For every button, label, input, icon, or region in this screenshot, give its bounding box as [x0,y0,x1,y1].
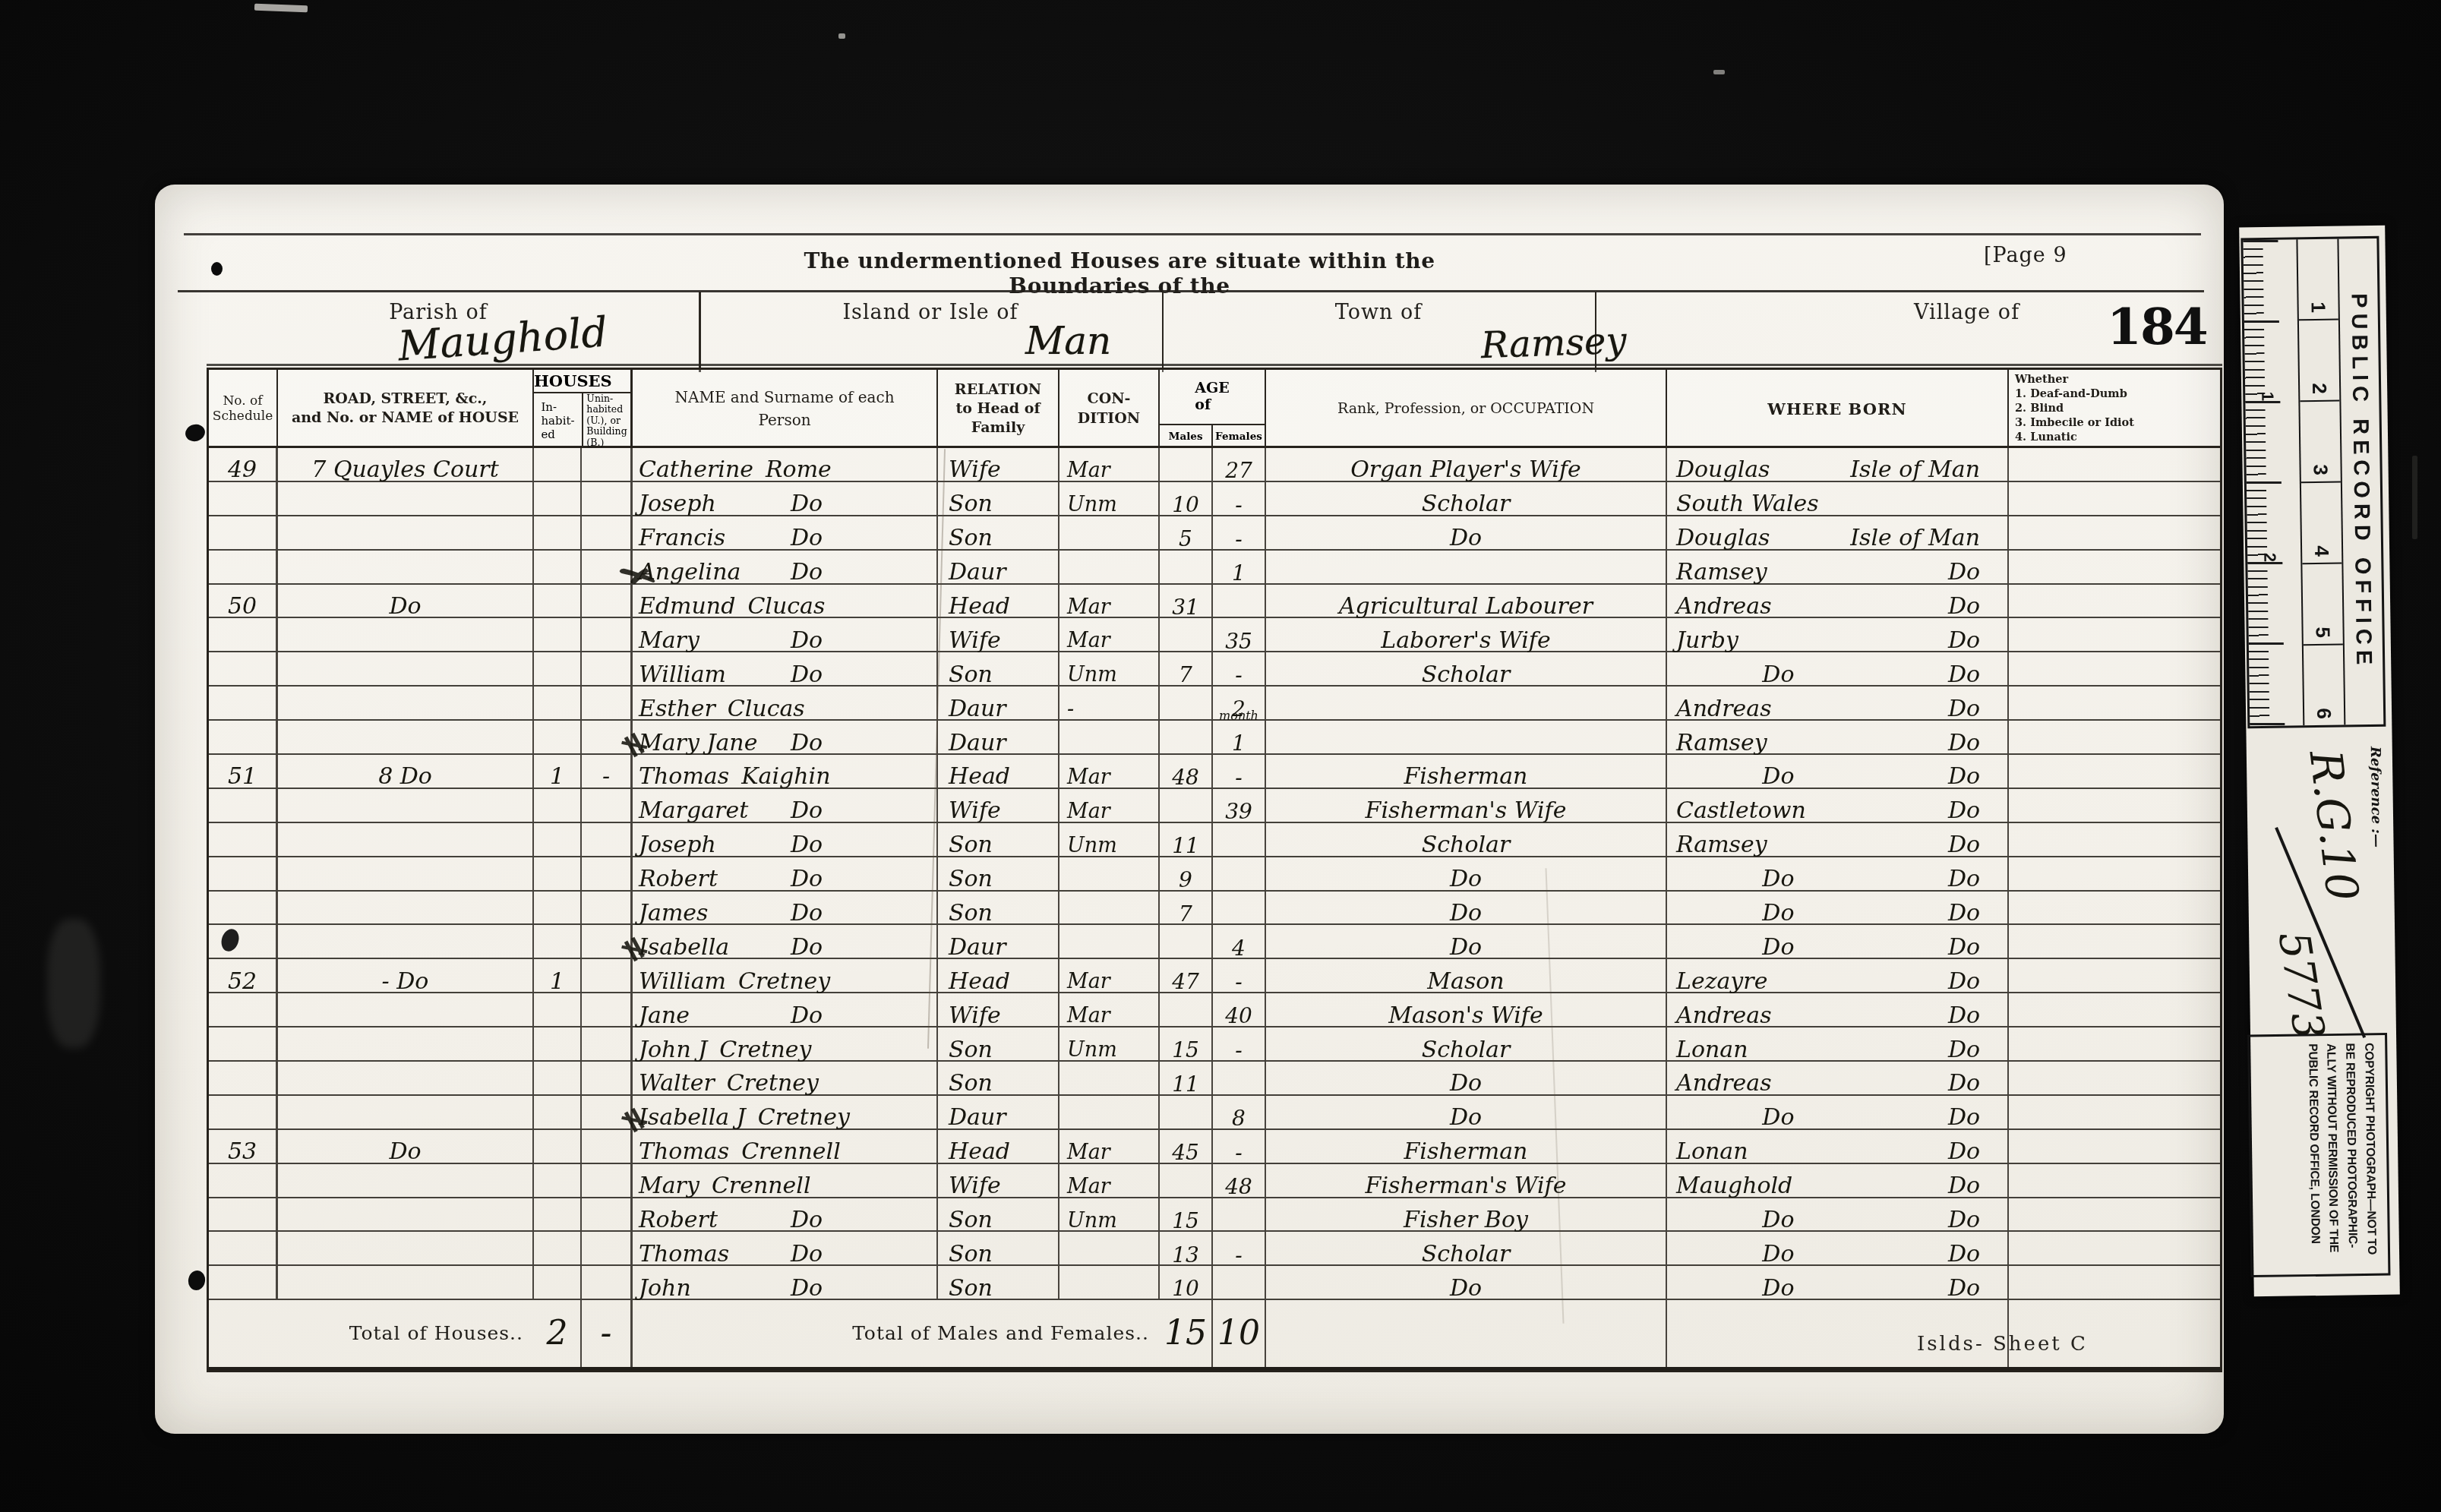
born-place: Do [1762,767,1794,787]
cell-relation: Son [938,857,1059,890]
cell-whether [2009,1164,2220,1197]
surname: Kaighin [741,767,830,787]
cell-occupation: Scholar [1266,1027,1667,1060]
cell-name: James Do [633,892,938,924]
born-ditto: Do [1948,631,1980,651]
cell-whether [2009,1062,2220,1094]
cell-schedule: 50 [209,585,278,617]
given-name: William [639,972,726,992]
born-place: South Wales [1676,494,1819,514]
age-female-value: 8 [1232,1110,1246,1128]
cell-name: Mary Crennell [633,1164,938,1197]
cell-inhabited [534,482,582,515]
cell-name: Joseph Do [633,482,938,515]
cell-relation: Head [938,585,1059,617]
cell-occupation: Laborer's Wife [1266,618,1667,651]
cell-whether [2009,993,2220,1026]
cell-schedule [209,687,278,719]
born-ditto: Do [1948,870,1980,889]
cell-age-male [1160,551,1213,583]
cell-condition [1059,1232,1160,1264]
cell-condition: Mar [1059,755,1160,788]
cell-where-born: Douglas Isle of Man [1667,448,2009,481]
table-row: 51 8 Do 1 - Thomas Kaighin Head Mar 48 -… [209,755,2220,789]
cell-name: Robert Do [633,1198,938,1231]
surname: Do [791,529,823,548]
age-female-value: 48 [1225,1178,1252,1196]
age-female-value: - [1235,1041,1242,1059]
cell-where-born: Douglas Isle of Man [1667,516,2009,549]
cell-occupation: Do [1266,892,1667,924]
cell-name: ✗ Angelina Do [633,551,938,583]
cell-inhabited [534,1266,582,1299]
reference-series: R.G.10 [2300,747,2369,903]
totals-empty-occupation [1266,1300,1667,1367]
cell-age-female: - [1213,1232,1266,1264]
cell-inhabited [534,925,582,958]
cell-relation: Son [938,1198,1059,1231]
given-name: Esther [639,699,715,719]
col-header-name: NAME and Surname of each Person [633,370,938,448]
cell-road [278,721,534,753]
cell-name: Walter Cretney [633,1062,938,1094]
cell-where-born: Do Do [1667,857,2009,890]
cell-schedule [209,823,278,856]
film-speck [2412,456,2417,539]
born-place: Lezayre [1676,972,1767,992]
cell-name: ≠ Isabella Do [633,925,938,958]
cell-relation: Head [938,1130,1059,1163]
cell-uninhabited [582,448,633,481]
table-row: Joseph Do Son Unm 11 Scholar Ramsey Do [209,823,2220,857]
cell-age-male [1160,789,1213,822]
cell-where-born: Do Do [1667,925,2009,958]
cell-occupation: Scholar [1266,652,1667,685]
given-name: Mary [639,631,699,651]
cell-relation: Wife [938,993,1059,1026]
table-row: ≠ Mary Jane Do Daur month 1 Ramsey Do [209,721,2220,755]
col-header-age: AGE of [1160,370,1265,424]
cell-inhabited [534,823,582,856]
col-header-uninhabited: Unin- habited (U.), or Building (B.) [583,393,630,448]
island-value: Man [1025,322,1111,360]
cell-occupation: Do [1266,1062,1667,1094]
born-ditto: Do [1948,1108,1980,1128]
cell-name: Joseph Do [633,823,938,856]
cell-age-male: 9 [1160,857,1213,890]
total-males: 15 [1160,1300,1213,1367]
village-label: Village of [1914,301,2019,324]
cell-schedule: 49 [209,448,278,481]
table-row: Thomas Do Son 13 - Scholar Do Do [209,1232,2220,1266]
cell-road [278,1232,534,1264]
col-header-females: Females [1213,425,1265,448]
cell-uninhabited [582,618,633,651]
cell-relation: Son [938,1027,1059,1060]
cell-whether [2009,925,2220,958]
age-unit-note: month [1213,711,1265,721]
cell-name: Margaret Do [633,789,938,822]
age-female-value: 27 [1225,462,1252,480]
cell-occupation: Do [1266,1096,1667,1128]
surname: Cretney [719,1040,811,1060]
film-speck [47,919,100,1048]
born-place: Do [1762,904,1794,923]
cell-uninhabited [582,1232,633,1264]
given-name: John [639,1279,691,1299]
born-place: Andreas [1676,1074,1772,1094]
cell-uninhabited [582,993,633,1026]
inch-number: 2 [2259,553,2279,563]
cell-road [278,1096,534,1128]
film-speck [1713,70,1725,74]
col-header-age-group: AGE of Males Females [1160,370,1266,448]
cell-name: William Cretney [633,959,938,992]
cell-schedule [209,789,278,822]
cell-where-born: Lonan Do [1667,1130,2009,1163]
cell-schedule [209,892,278,924]
cell-uninhabited [582,789,633,822]
born-place: Do [1762,938,1794,958]
surname: Rome [766,460,832,480]
cell-age-female [1213,585,1266,617]
cell-inhabited [534,1232,582,1264]
cell-age-male: 10 [1160,1266,1213,1299]
born-place: Do [1762,870,1794,889]
cell-condition [1059,1062,1160,1094]
cell-relation: Son [938,823,1059,856]
table-row: Francis Do Son 5 - Do Douglas Isle of Ma… [209,516,2220,551]
cell-road [278,1198,534,1231]
cell-age-male: 10 [1160,482,1213,515]
cell-inhabited: 1 [534,755,582,788]
table-row: Robert Do Son 9 Do Do Do [209,857,2220,892]
born-ditto: Do [1948,1211,1980,1230]
cell-occupation: Do [1266,516,1667,549]
cell-occupation: Scholar [1266,1232,1667,1264]
cell-where-born: Ramsey Do [1667,551,2009,583]
cell-age-male: 5 [1160,516,1213,549]
cell-road [278,823,534,856]
cell-road [278,1164,534,1197]
age-female-value: - [1235,666,1242,684]
cell-inhabited: 1 [534,959,582,992]
cell-where-born: Ramsey Do [1667,823,2009,856]
cell-where-born: Ramsey Do [1667,721,2009,753]
cell-road [278,551,534,583]
col-header-occupation: Rank, Profession, or OCCUPATION [1266,370,1667,448]
cell-road [278,789,534,822]
table-row: Robert Do Son Unm 15 Fisher Boy Do Do [209,1198,2220,1233]
cell-inhabited [534,652,582,685]
surname: Cretney [758,1108,850,1128]
cell-road: Do [278,1130,534,1163]
cell-inhabited [534,721,582,753]
ruler-number: 5 [2302,564,2342,646]
cell-occupation: Fisherman's Wife [1266,789,1667,822]
cell-condition: Mar [1059,993,1160,1026]
cell-where-born: Jurby Do [1667,618,2009,651]
cell-whether [2009,687,2220,719]
cell-whether [2009,551,2220,583]
born-place: Do [1762,1211,1794,1230]
cell-schedule [209,993,278,1026]
cell-road [278,652,534,685]
col-header-schedule: No. of Schedule [209,370,278,448]
cell-schedule [209,482,278,515]
cell-age-female: - [1213,482,1266,515]
cell-relation: Wife [938,448,1059,481]
cell-whether [2009,482,2220,515]
town-cell: Town of Ramsey [1162,292,1596,372]
cell-uninhabited [582,892,633,924]
cell-road [278,687,534,719]
cell-uninhabited [582,1164,633,1197]
given-name: Robert [639,1211,718,1230]
cell-occupation: Do [1266,857,1667,890]
cell-road [278,618,534,651]
table-row: James Do Son 7 Do Do Do [209,892,2220,926]
cell-road: - Do [278,959,534,992]
surname: Do [791,801,823,821]
cell-name: William Do [633,652,938,685]
surname: Cretney [738,972,830,992]
cell-road: 7 Quayles Court [278,448,534,481]
cell-schedule [209,721,278,753]
total-females: 10 [1213,1300,1266,1367]
cell-inhabited [534,687,582,719]
table-row: ≠ Isabella Do Daur 4 Do Do Do [209,925,2220,959]
cell-age-female: month 1 [1213,721,1266,753]
cell-condition: Unm [1059,482,1160,515]
cell-age-male: 7 [1160,892,1213,924]
col-header-males: Males [1160,425,1213,448]
born-place: Andreas [1676,597,1772,617]
cell-road [278,1027,534,1060]
age-female-value: 1 [1232,564,1246,582]
surname: Do [791,1211,823,1230]
given-name: Jane [639,1006,690,1026]
pro-copyright-notice: COPYRIGHT PHOTOGRAPH—NOT TO BE REPRODUCE… [2247,1033,2390,1277]
cell-relation: Son [938,516,1059,549]
cell-occupation: Fisherman's Wife [1266,1164,1667,1197]
ruler-number: 4 [2301,483,2342,565]
total-houses-uninhabited: - [582,1300,633,1367]
ruler-number: 6 [2304,646,2344,726]
cell-relation: Son [938,1266,1059,1299]
cell-age-male: 11 [1160,823,1213,856]
ruler-number: 3 [2300,402,2340,484]
pro-ruler: PUBLIC RECORD OFFICE 1 2 3 4 5 6 1 2 [2240,236,2386,728]
cell-inhabited [534,789,582,822]
cell-condition: Unm [1059,823,1160,856]
cell-age-male [1160,618,1213,651]
cell-age-female: - [1213,755,1266,788]
cell-condition [1059,857,1160,890]
surname: Do [791,1279,823,1299]
cell-age-male [1160,1096,1213,1128]
cell-condition: Mar [1059,789,1160,822]
pro-ruler-scale: 1 2 3 4 5 6 [2296,239,2345,726]
col-header-houses: HOUSES [534,370,630,393]
surname: Do [791,631,823,651]
cell-schedule [209,1062,278,1094]
cell-occupation: Fisherman [1266,1130,1667,1163]
cell-relation: Head [938,755,1059,788]
cell-whether [2009,721,2220,753]
cell-age-female: 35 [1213,618,1266,651]
cell-condition: Mar [1059,585,1160,617]
cell-occupation [1266,551,1667,583]
born-ditto: Do [1948,597,1980,617]
born-ditto: Do [1948,734,1980,753]
cell-schedule [209,925,278,958]
cell-occupation: Do [1266,925,1667,958]
cell-whether [2009,789,2220,822]
cell-schedule [209,1266,278,1299]
cell-age-female: - [1213,516,1266,549]
cell-relation: Son [938,482,1059,515]
cell-age-female: 39 [1213,789,1266,822]
cell-road [278,1062,534,1094]
given-name: Robert [639,870,718,889]
cell-road: Do [278,585,534,617]
cell-condition: Mar [1059,1164,1160,1197]
cell-condition [1059,721,1160,753]
given-name: Thomas [639,1245,729,1264]
cell-relation: Daur [938,925,1059,958]
cell-age-male: 48 [1160,755,1213,788]
cell-name: Robert Do [633,857,938,890]
pro-reference: Reference :— R.G.10 5773 [2246,727,2396,1033]
surname: Do [791,938,823,958]
cell-whether [2009,1096,2220,1128]
cell-schedule: 52 [209,959,278,992]
cell-schedule [209,1096,278,1128]
cell-whether [2009,1130,2220,1163]
cell-condition [1059,1266,1160,1299]
born-place: Jurby [1676,631,1738,651]
cell-occupation: Agricultural Labourer [1266,585,1667,617]
cell-occupation: Scholar [1266,823,1667,856]
cell-inhabited [534,892,582,924]
cell-whether [2009,585,2220,617]
age-female-value: 4 [1232,939,1246,958]
cell-age-female: 48 [1213,1164,1266,1197]
cell-name: ≠ Isabella J Cretney [633,1096,938,1128]
born-place: Castletown [1676,801,1806,821]
cell-whether [2009,618,2220,651]
born-place: Do [1762,1108,1794,1128]
cell-condition [1059,551,1160,583]
reference-label: Reference :— [2367,747,2385,848]
cell-schedule [209,1198,278,1231]
cell-relation: Daur [938,687,1059,719]
cell-occupation: Mason [1266,959,1667,992]
cell-relation: Wife [938,789,1059,822]
cell-inhabited [534,993,582,1026]
cell-relation: Head [938,959,1059,992]
cell-road [278,993,534,1026]
age-female-value: - [1235,769,1242,787]
born-ditto: Do [1948,835,1980,855]
table-row: John Do Son 10 Do Do Do [209,1266,2220,1300]
ruler-number: 1 [2297,239,2338,321]
table-row: 49 7 Quayles Court Catherine Rome Wife M… [209,448,2220,482]
cell-name: John J Cretney [633,1027,938,1060]
age-female-value: - [1235,1246,1242,1264]
given-name: Catherine [639,460,753,480]
born-place: Do [1762,1245,1794,1264]
cell-where-born: Do Do [1667,755,2009,788]
cell-condition: Mar [1059,959,1160,992]
cell-condition [1059,516,1160,549]
born-ditto: Do [1948,665,1980,685]
cell-schedule [209,857,278,890]
cell-where-born: Lezayre Do [1667,959,2009,992]
cell-where-born: Do Do [1667,1198,2009,1231]
cell-age-female: - [1213,959,1266,992]
cell-condition: Unm [1059,1198,1160,1231]
given-name: Edmund [639,597,735,617]
given-name: William [639,665,726,685]
age-female-value: - [1235,973,1242,991]
born-place: Do [1762,1279,1794,1299]
cell-whether [2009,448,2220,481]
cell-age-female: 1 [1213,551,1266,583]
cell-occupation [1266,721,1667,753]
total-houses-label: Total of Houses.. [209,1300,534,1367]
cell-schedule: 51 [209,755,278,788]
parish-cell: Parish of Maughold [178,292,701,372]
sheet-label: Islds- Sheet C [1917,1333,2088,1356]
cell-relation: Daur [938,721,1059,753]
cell-condition: Unm [1059,1027,1160,1060]
table-row: 52 - Do 1 William Cretney Head Mar 47 - … [209,959,2220,993]
cell-inhabited [534,1164,582,1197]
cell-condition: Mar [1059,618,1160,651]
cell-whether [2009,959,2220,992]
cell-where-born: South Wales [1667,482,2009,515]
town-label: Town of [1162,301,1595,324]
table-row: 50 Do Edmund Clucas Head Mar 31 Agricult… [209,585,2220,619]
total-males-females-label: Total of Males and Females.. [633,1300,1160,1367]
born-ditto: Do [1948,801,1980,821]
cell-age-male: 31 [1160,585,1213,617]
cell-uninhabited [582,1198,633,1231]
born-place: Lonan [1676,1142,1748,1162]
age-female-value: 1 [1232,734,1246,753]
surname: Do [791,563,823,582]
cell-age-male: 13 [1160,1232,1213,1264]
cell-age-male: 45 [1160,1130,1213,1163]
age-female-value: 39 [1225,803,1252,821]
cell-inhabited [534,1198,582,1231]
cell-where-born: Do Do [1667,1096,2009,1128]
cell-uninhabited [582,687,633,719]
cell-age-male: 11 [1160,1062,1213,1094]
cell-age-male: 7 [1160,652,1213,685]
cell-where-born: Andreas Do [1667,585,2009,617]
cell-age-female: 40 [1213,993,1266,1026]
cell-uninhabited [582,1062,633,1094]
surname: Cretney [727,1074,819,1094]
born-place: Maughold [1676,1176,1792,1196]
cell-age-female: - [1213,1130,1266,1163]
cell-relation: Son [938,892,1059,924]
surname: Do [791,494,823,514]
cell-inhabited [534,857,582,890]
